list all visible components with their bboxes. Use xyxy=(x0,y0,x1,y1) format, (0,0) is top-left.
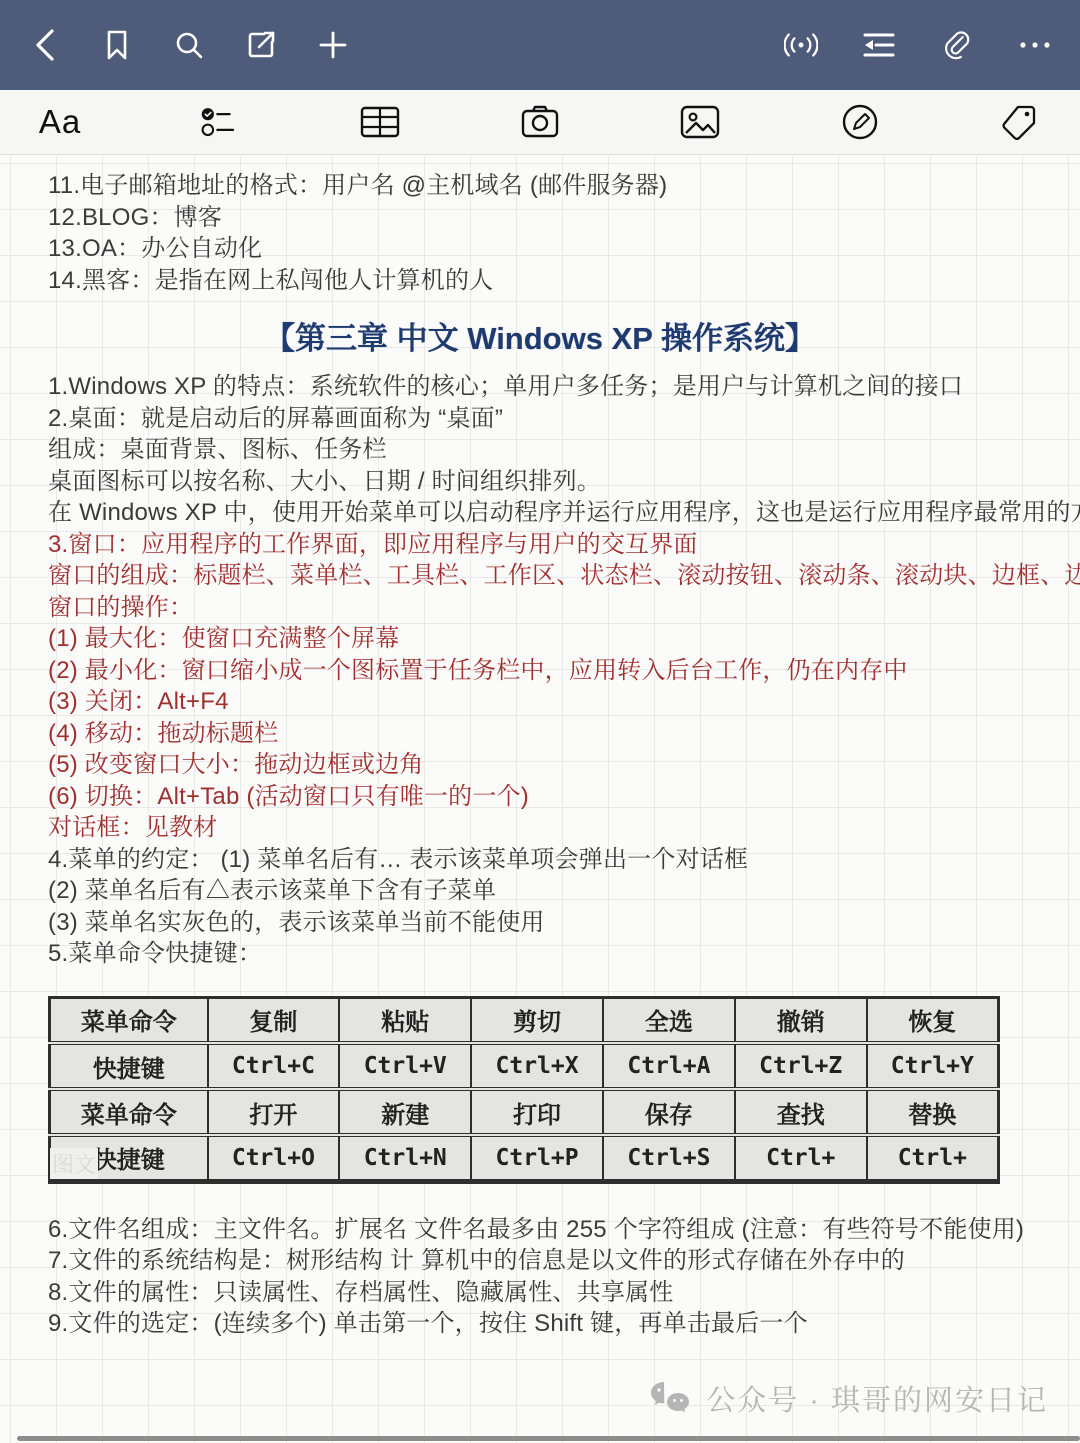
add-icon[interactable] xyxy=(316,28,350,62)
topbar-right-group xyxy=(784,28,1052,62)
table-cell: Ctrl+S xyxy=(603,1135,735,1181)
table-cell: 复制 xyxy=(208,997,340,1043)
table-row: 快捷键Ctrl+OCtrl+NCtrl+PCtrl+SCtrl+Ctrl+ xyxy=(50,1135,999,1181)
note-line: 对话框：见教材 xyxy=(48,812,1080,844)
note-line: 组成：桌面背景、图标、任务栏 xyxy=(48,434,1080,466)
table-cell: Ctrl+C xyxy=(208,1043,340,1089)
table-row: 菜单命令复制粘贴剪切全选撤销恢复 xyxy=(50,997,999,1043)
note-line: (3) 菜单名实灰色的，表示该菜单当前不能使用 xyxy=(48,907,1080,939)
note-line: (6) 切换：Alt+Tab (活动窗口只有唯一的一个) xyxy=(48,781,1080,813)
table-row: 快捷键Ctrl+CCtrl+VCtrl+XCtrl+ACtrl+ZCtrl+Y xyxy=(50,1043,999,1089)
topbar-left-group xyxy=(28,28,350,62)
table-cell: 全选 xyxy=(603,997,735,1043)
table-cell: 菜单命令 xyxy=(50,997,208,1043)
note-line: 1.Windows XP 的特点：系统软件的核心；单用户多任务；是用户与计算机之… xyxy=(48,371,1080,403)
table-cell: Ctrl+V xyxy=(339,1043,471,1089)
bookmark-icon[interactable] xyxy=(100,28,134,62)
footer-watermark: 公众号 · 琪哥的网安日记 xyxy=(648,1378,1048,1419)
table-cell: Ctrl+Z xyxy=(735,1043,867,1089)
table-cell: Ctrl+Y xyxy=(867,1043,999,1089)
note-line: 桌面图标可以按名称、大小、日期 / 时间组织排列。 xyxy=(48,466,1080,498)
text-style-icon[interactable]: Aa xyxy=(40,102,80,142)
table-cell: 粘贴 xyxy=(339,997,471,1043)
note-line: 4.菜单的约定： (1) 菜单名后有… 表示该菜单项会弹出一个对话框 xyxy=(48,844,1080,876)
table-cell: 恢复 xyxy=(867,997,999,1043)
note-lines-bottom: 6.文件名组成：主文件名。扩展名 文件名最多由 255 个字符组成 (注意：有些… xyxy=(0,1214,1080,1340)
table-cell: Ctrl+ xyxy=(735,1135,867,1181)
note-page: 11.电子邮箱地址的格式：用户名 @主机域名 (邮件服务器)12.BLOG：博客… xyxy=(0,156,1080,1443)
table-row: 菜单命令打开新建打印保存查找替换 xyxy=(50,1089,999,1135)
table-cell: 新建 xyxy=(339,1089,471,1135)
pen-icon[interactable] xyxy=(840,102,880,142)
note-line: 5.菜单命令快捷键： xyxy=(48,938,1080,970)
formatting-toolbar: Aa xyxy=(0,90,1080,155)
broadcast-icon[interactable] xyxy=(784,28,818,62)
horizontal-scrollbar[interactable] xyxy=(17,1436,1080,1441)
table-cell: 剪切 xyxy=(471,997,603,1043)
footer-label: 公众号 · 琪哥的网安日记 xyxy=(706,1378,1048,1419)
chapter-heading: 【第三章 中文 Windows XP 操作系统】 xyxy=(0,313,1080,358)
note-line: 7.文件的系统结构是：树形结构 计 算机中的信息是以文件的形式存储在外存中的 xyxy=(48,1245,1080,1277)
share-icon[interactable] xyxy=(244,28,278,62)
note-line: (4) 移动：拖动标题栏 xyxy=(48,718,1080,750)
table-cell: 打印 xyxy=(471,1089,603,1135)
note-line: 6.文件名组成：主文件名。扩展名 文件名最多由 255 个字符组成 (注意：有些… xyxy=(48,1214,1080,1246)
note-line: (2) 菜单名后有△表示该菜单下含有子菜单 xyxy=(48,875,1080,907)
table-cell: Ctrl+ xyxy=(867,1135,999,1181)
note-line: (1) 最大化：使窗口充满整个屏幕 xyxy=(48,623,1080,655)
note-line: 在 Windows XP 中，使用开始菜单可以启动程序并运行应用程序，这也是运行… xyxy=(48,497,1080,529)
table-cell: 菜单命令 xyxy=(50,1089,208,1135)
camera-icon[interactable] xyxy=(520,102,560,142)
table-icon[interactable] xyxy=(360,102,400,142)
table-cell: 替换 xyxy=(867,1089,999,1135)
note-line: 窗口的操作： xyxy=(48,592,1080,624)
shortcut-table-wrap: 菜单命令复制粘贴剪切全选撤销恢复快捷键Ctrl+CCtrl+VCtrl+XCtr… xyxy=(48,996,1000,1184)
note-line: 3.窗口：应用程序的工作界面，即应用程序与用户的交互界面 xyxy=(48,529,1080,561)
table-cell: Ctrl+P xyxy=(471,1135,603,1181)
paperclip-icon[interactable] xyxy=(940,28,974,62)
note-line: 2.桌面：就是启动后的屏幕画面称为 “桌面” xyxy=(48,403,1080,435)
table-cell: Ctrl+A xyxy=(603,1043,735,1089)
table-cell: 快捷键 xyxy=(50,1135,208,1181)
aa-label: Aa xyxy=(39,103,81,141)
image-icon[interactable] xyxy=(680,102,720,142)
note-line: 13.OA：办公自动化 xyxy=(48,233,1080,265)
table-cell: 查找 xyxy=(735,1089,867,1135)
table-cell: 打开 xyxy=(208,1089,340,1135)
note-lines-top: 11.电子邮箱地址的格式：用户名 @主机域名 (邮件服务器)12.BLOG：博客… xyxy=(0,156,1080,296)
shortcut-table: 菜单命令复制粘贴剪切全选撤销恢复快捷键Ctrl+CCtrl+VCtrl+XCtr… xyxy=(48,996,1000,1184)
more-ellipsis-icon[interactable] xyxy=(1018,28,1052,62)
note-line: (2) 最小化：窗口缩小成一个图标置于任务栏中，应用转入后台工作，仍在内存中 xyxy=(48,655,1080,687)
note-lines-mid: 1.Windows XP 的特点：系统软件的核心；单用户多任务；是用户与计算机之… xyxy=(0,371,1080,970)
note-line: 14.黑客：是指在网上私闯他人计算机的人 xyxy=(48,265,1080,297)
table-cell: 撤销 xyxy=(735,997,867,1043)
note-line: 9.文件的选定：(连续多个) 单击第一个，按住 Shift 键，再单击最后一个 xyxy=(48,1308,1080,1340)
top-navigation-bar xyxy=(0,0,1080,90)
note-line: 窗口的组成：标题栏、菜单栏、工具栏、工作区、状态栏、滚动按钮、滚动条、滚动块、边… xyxy=(48,560,1080,592)
table-cell: Ctrl+O xyxy=(208,1135,340,1181)
checklist-icon[interactable] xyxy=(200,102,240,142)
table-cell: Ctrl+X xyxy=(471,1043,603,1089)
tag-icon[interactable] xyxy=(1000,102,1040,142)
wechat-icon xyxy=(648,1380,692,1418)
back-chevron-icon[interactable] xyxy=(28,28,62,62)
note-line: (5) 改变窗口大小：拖动边框或边角 xyxy=(48,749,1080,781)
table-cell: 快捷键 xyxy=(50,1043,208,1089)
note-line: 8.文件的属性：只读属性、存档属性、隐藏属性、共享属性 xyxy=(48,1277,1080,1309)
note-line: 11.电子邮箱地址的格式：用户名 @主机域名 (邮件服务器) xyxy=(48,170,1080,202)
note-line: (3) 关闭：Alt+F4 xyxy=(48,686,1080,718)
outline-collapse-icon[interactable] xyxy=(862,28,896,62)
search-icon[interactable] xyxy=(172,28,206,62)
note-line: 12.BLOG：博客 xyxy=(48,202,1080,234)
table-cell: 保存 xyxy=(603,1089,735,1135)
table-cell: Ctrl+N xyxy=(339,1135,471,1181)
